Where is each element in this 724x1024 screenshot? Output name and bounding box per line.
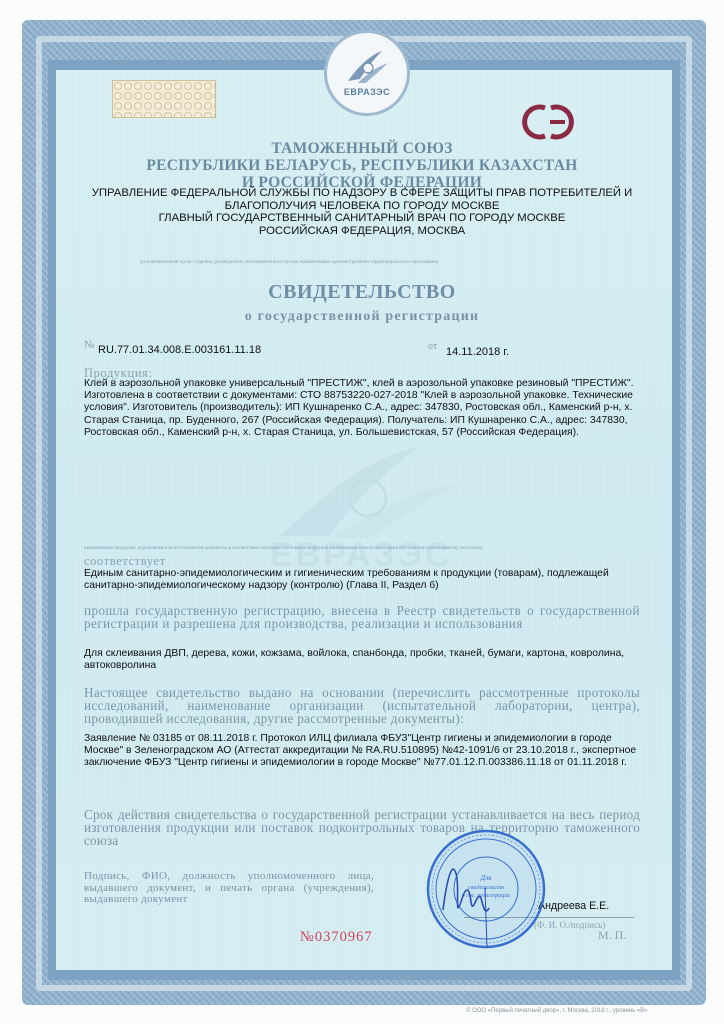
basis-label: Настоящее свидетельство выдано на основа… [84, 686, 640, 725]
authority-line: РОССИЙСКАЯ ФЕДЕРАЦИЯ, МОСКВА [76, 225, 648, 238]
registration-statement: прошла государственную регистрацию, внес… [84, 604, 640, 630]
official-round-stamp-icon: Для свидетельств о гос. регистрации [425, 828, 547, 950]
svg-text:Для: Для [480, 874, 492, 882]
seal-place-label: М. П. [598, 928, 626, 943]
conformity-requirements: Единым санитарно-эпидемиологическим и ги… [84, 568, 640, 592]
product-caption: (наименование продукции, нормативные и (… [84, 546, 640, 551]
conformity-label: соответствует [84, 554, 166, 569]
authority-line: БЛАГОПОЛУЧИЯ ЧЕЛОВЕКА ПО ГОРОДУ МОСКВЕ [76, 200, 648, 213]
issuing-authority: УПРАВЛЕНИЕ ФЕДЕРАЛЬНОЙ СЛУЖБЫ ПО НАДЗОРУ… [76, 187, 648, 237]
number-label: № [84, 339, 95, 351]
eurasec-label: ЕВРАЗЭС [344, 87, 390, 97]
eurasec-emblem-icon [344, 49, 390, 85]
union-line: РЕСПУБЛИКИ БЕЛАРУСЬ, РЕСПУБЛИКИ КАЗАХСТА… [84, 157, 640, 174]
usage-scope: Для склеивания ДВП, дерева, кожи, кожзам… [84, 648, 640, 672]
printer-footer: © ООО «Первый печатный двор», г. Москва,… [466, 1008, 648, 1014]
eurasec-watermark-icon [250, 440, 470, 540]
authority-caption: (уполномоченный орган Стороны, руководит… [140, 260, 600, 265]
union-line: ТАМОЖЕННЫЙ СОЮЗ [84, 140, 640, 157]
hologram-sticker [112, 80, 216, 118]
certificate-date: 14.11.2018 г. [446, 346, 509, 358]
certificate-subtitle: о государственной регистрации [84, 309, 640, 325]
signature-label: Подпись, ФИО, должность уполномоченного … [84, 871, 374, 906]
basis-documents: Заявление № 03185 от 08.11.2018 г. Прото… [84, 733, 640, 770]
product-description: Клей в аэрозольной упаковке универсальны… [84, 378, 640, 439]
validity-statement: Срок действия свидетельства о государств… [84, 808, 640, 847]
form-serial-number: №0370967 [300, 929, 373, 946]
customs-union-ce-mark-icon [518, 100, 578, 144]
certificate-title: СВИДЕТЕЛЬСТВО [84, 281, 640, 304]
signer-name: Андреева Е.Е. [538, 900, 609, 912]
authority-line: ГЛАВНЫЙ ГОСУДАРСТВЕННЫЙ САНИТАРНЫЙ ВРАЧ … [76, 212, 648, 225]
svg-text:свидетельств: свидетельств [468, 884, 504, 891]
date-label: от [428, 341, 437, 352]
certificate-number: RU.77.01.34.008.Е.003161.11.18 [98, 344, 261, 356]
authority-line: УПРАВЛЕНИЕ ФЕДЕРАЛЬНОЙ СЛУЖБЫ ПО НАДЗОРУ… [76, 187, 648, 200]
customs-union-title: ТАМОЖЕННЫЙ СОЮЗ РЕСПУБЛИКИ БЕЛАРУСЬ, РЕС… [84, 140, 640, 191]
eurasec-logo: ЕВРАЗЭС [324, 30, 410, 116]
eurasec-watermark: ЕВРАЗЭС [250, 440, 470, 580]
